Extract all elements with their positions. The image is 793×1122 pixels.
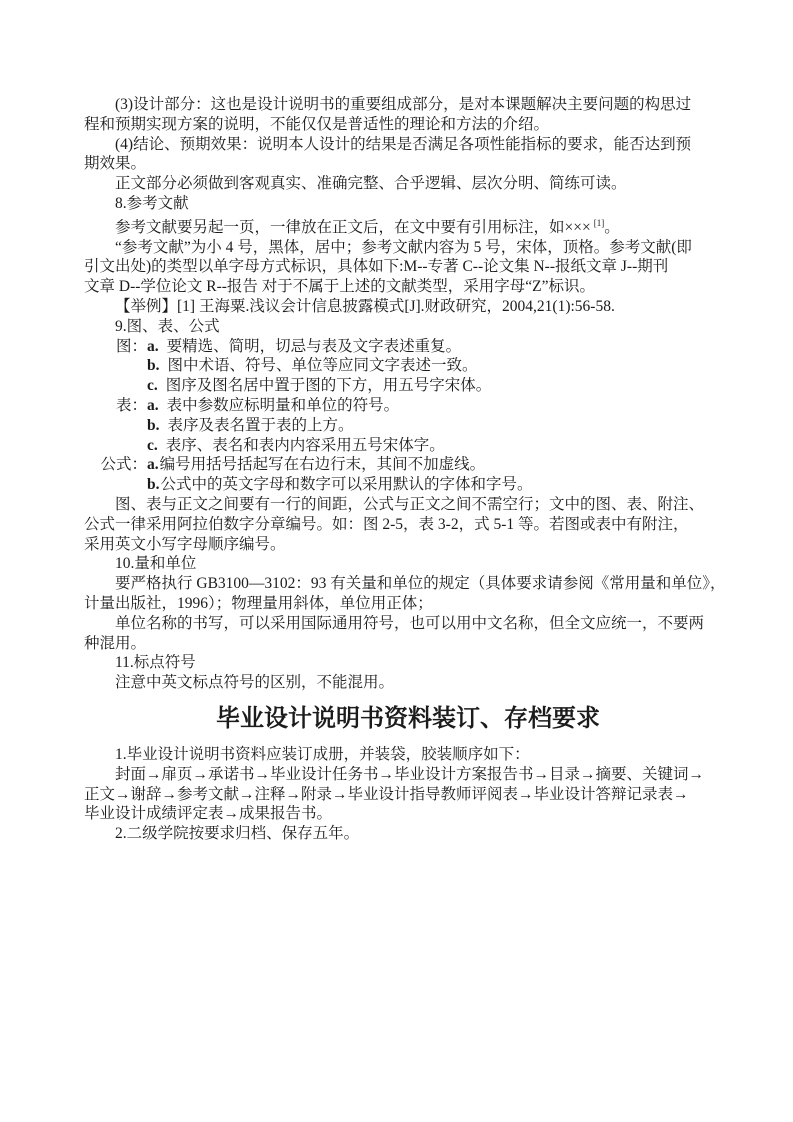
- row-letter: b.: [147, 417, 160, 434]
- para-conclusion-line1: (4)结论、预期效果：说明本人设计的结果是否满足各项性能指标的要求，能否达到预: [84, 135, 714, 155]
- para-fig-note-line3: 采用英文小写字母顺序编号。: [84, 535, 714, 555]
- para-ref-format-line3: 文章 D--学位论文 R--报告 对于不属于上述的文献类型，采用字母“Z”标识。: [84, 277, 714, 297]
- para-ref-example: 【举例】[1] 王海粟.浅议会计信息披露模式[J].财政研究，2004,21(1…: [84, 297, 714, 317]
- row-label: 公式：: [100, 455, 147, 475]
- row-text: 表序及表名置于表的上方。: [168, 417, 354, 434]
- para-design-part-line2: 程和预期实现方案的说明，不能仅仅是普适性的理论和方法的介绍。: [84, 115, 714, 135]
- list-item-fig-c: c.图序及图名居中置于图的下方，用五号字宋体。: [84, 376, 714, 396]
- citation-superscript: [1]: [594, 218, 605, 228]
- row-letter: c.: [147, 377, 158, 394]
- row-text: 公式中的英文字母和数字可以采用默认的字体和字号。: [161, 476, 533, 493]
- para-quantity-line2: 计量出版社，1996）；物理量用斜体，单位用正体；: [84, 594, 714, 614]
- para-binding-item1: 1.毕业设计说明书资料应装订成册，并装袋，胶装顺序如下：: [84, 745, 714, 765]
- para-binding-order-line2: 正文→谢辞→参考文献→注释→附录→毕业设计指导教师评阅表→毕业设计答辩记录表→: [84, 785, 714, 805]
- para-body-rule: 正文部分必须做到客观真实、准确完整、合乎逻辑、层次分明、简练可读。: [84, 174, 714, 194]
- row-letter: c.: [147, 437, 158, 454]
- row-letter: b.: [147, 357, 160, 374]
- row-text: 表序、表名和表内内容采用五号宋体字。: [166, 437, 445, 454]
- para-quantity-line1: 要严格执行 GB3100—3102：93 有关量和单位的规定（具体要求请参阅《常…: [84, 574, 714, 594]
- document-body: (3)设计部分：这也是设计说明书的重要组成部分，是对本课题解决主要问题的构思过 …: [84, 95, 714, 844]
- para-punctuation: 注意中英文标点符号的区别，不能混用。: [84, 673, 714, 693]
- list-item-formula-b: b.公式中的英文字母和数字可以采用默认的字体和字号。: [84, 475, 714, 495]
- heading-quantity-unit: 10.量和单位: [84, 554, 714, 574]
- para-fig-note-line2: 公式一律采用阿拉伯数字分章编号。如：图 2-5，表 3-2，式 5-1 等。若图…: [84, 515, 714, 535]
- para-binding-item2: 2.二级学院按要求归档、保存五年。: [84, 824, 714, 844]
- row-text: 要精选、简明，切忌与表及文字表述重复。: [167, 338, 462, 355]
- row-text: 表中参数应标明量和单位的符号。: [167, 397, 400, 414]
- row-letter: a.: [147, 456, 159, 473]
- row-text: 图序及图名居中置于图的下方，用五号字宋体。: [166, 377, 492, 394]
- heading-fig-table-formula: 9.图、表、公式: [84, 317, 714, 337]
- para-unit-name-line1: 单位名称的书写，可以采用国际通用符号，也可以用中文名称，但全文应统一，不要两: [84, 614, 714, 634]
- row-text: 编号用括号括起写在右边行末，其间不加虚线。: [160, 456, 486, 473]
- para-design-part-line1: (3)设计部分：这也是设计说明书的重要组成部分，是对本课题解决主要问题的构思过: [84, 95, 714, 115]
- ref-citation-end: 。: [604, 219, 620, 236]
- para-unit-name-line2: 种混用。: [84, 634, 714, 654]
- row-label: 图：: [100, 337, 147, 357]
- row-letter: a.: [147, 397, 159, 414]
- row-label: 表：: [100, 396, 147, 416]
- para-ref-format-line2: 引文出处)的类型以单字母方式标识，具体如下:M--专著 C--论文集 N--报纸…: [84, 257, 714, 277]
- para-fig-note-line1: 图、表与正文之间要有一行的间距，公式与正文之间不需空行；文中的图、表、附注、: [84, 495, 714, 515]
- document-page: (3)设计部分：这也是设计说明书的重要组成部分，是对本课题解决主要问题的构思过 …: [0, 0, 793, 1122]
- para-binding-order-line1: 封面→扉页→承诺书→毕业设计任务书→毕业设计方案报告书→目录→摘要、关键词→: [84, 765, 714, 785]
- row-letter: a.: [147, 338, 159, 355]
- list-item-table-c: c.表序、表名和表内内容采用五号宋体字。: [84, 436, 714, 456]
- list-item-formula-a: 公式：a.编号用括号括起写在右边行末，其间不加虚线。: [84, 455, 714, 475]
- binding-section-title: 毕业设计说明书资料装订、存档要求: [84, 701, 714, 737]
- heading-punctuation: 11.标点符号: [84, 653, 714, 673]
- para-conclusion-line2: 期效果。: [84, 154, 714, 174]
- list-item-fig-a: 图：a.要精选、简明，切忌与表及文字表述重复。: [84, 337, 714, 357]
- list-item-table-b: b.表序及表名置于表的上方。: [84, 416, 714, 436]
- list-item-fig-b: b.图中术语、符号、单位等应同文字表述一致。: [84, 356, 714, 376]
- heading-references: 8.参考文献: [84, 194, 714, 214]
- para-ref-citation-rule: 参考文献要另起一页，一律放在正文后，在文中要有引用标注，如×××[1]。: [84, 214, 714, 238]
- ref-citation-text: 参考文献要另起一页，一律放在正文后，在文中要有引用标注，如×××: [115, 219, 591, 236]
- para-binding-order-line3: 毕业设计成绩评定表→成果报告书。: [84, 804, 714, 824]
- para-ref-format-line1: “参考文献”为小 4 号，黑体，居中；参考文献内容为 5 号，宋体，顶格。参考文…: [84, 238, 714, 258]
- list-item-table-a: 表：a.表中参数应标明量和单位的符号。: [84, 396, 714, 416]
- row-text: 图中术语、符号、单位等应同文字表述一致。: [168, 357, 478, 374]
- row-letter: b.: [147, 476, 160, 493]
